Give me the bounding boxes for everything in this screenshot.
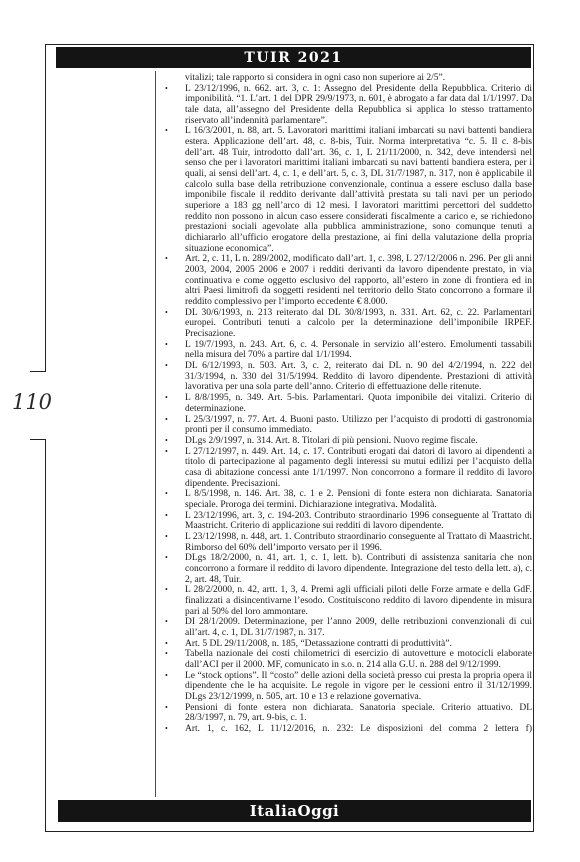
header-bar: TUIR 2021	[56, 47, 531, 68]
bullet-icon: •	[165, 489, 168, 500]
bullet-icon: •	[165, 84, 168, 95]
list-item: • DI 28/1/2009. Determinazione, per l’an…	[164, 617, 532, 638]
bullet-icon: •	[165, 511, 168, 522]
bullet-icon: •	[165, 361, 168, 372]
bullet-icon: •	[165, 254, 168, 265]
list-item-text: L 23/12/1996, n. 662. art. 3, c. 1: Asse…	[185, 84, 532, 126]
body-text: vitalizi; tale rapporto si considera in …	[164, 73, 532, 798]
list-item-text: L 8/5/1998, n. 146. Art. 38, c. 1 e 2. P…	[185, 489, 532, 510]
bullet-icon: •	[165, 649, 168, 660]
publisher-logo: ItaliaOggi	[250, 804, 340, 819]
list-item-text: L 23/12/1996, art. 3, c. 194-203. Contri…	[185, 511, 532, 532]
list-item: • Pensioni di fonte estera non dichiarat…	[164, 703, 532, 724]
list-item: • L 19/7/1993, n. 243. Art. 6, c. 4. Per…	[164, 340, 532, 361]
bullet-icon: •	[165, 447, 168, 458]
list-item-text: L 8/8/1995, n. 349. Art. 5-bis. Parlamen…	[185, 393, 532, 414]
list-item: • Art. 1, c. 162, L 11/12/2016, n. 232: …	[164, 724, 532, 735]
bullet-icon: •	[165, 340, 168, 351]
list-item-text: Art. 1, c. 162, L 11/12/2016, n. 232: Le…	[185, 724, 532, 734]
list-item: • L 23/12/1996, art. 3, c. 194-203. Cont…	[164, 511, 532, 532]
bullet-icon: •	[165, 553, 168, 564]
list-item-text: Tabella nazionale dei costi chilometrici…	[185, 649, 532, 670]
list-item-text: Pensioni di fonte estera non dichiarata.…	[185, 703, 532, 724]
list-item: • L 25/3/1997, n. 77. Art. 4. Buoni past…	[164, 415, 532, 436]
intro-paragraph: vitalizi; tale rapporto si considera in …	[164, 73, 532, 84]
list-item-text: L 23/12/1998, n. 448, art. 1. Contributo…	[185, 532, 532, 553]
list-item-text: L 27/12/1997, n. 449. Art. 14, c. 17. Co…	[185, 447, 532, 489]
list-item: • Art. 2, c. 11, L n. 289/2002, modifica…	[164, 254, 532, 307]
bullet-icon: •	[165, 393, 168, 404]
list-item: • L 23/12/1996, n. 662. art. 3, c. 1: As…	[164, 84, 532, 127]
bullet-icon: •	[165, 671, 168, 682]
bullet-icon: •	[165, 436, 168, 447]
list-item: • L 8/8/1995, n. 349. Art. 5-bis. Parlam…	[164, 393, 532, 414]
list-item: • Tabella nazionale dei costi chilometri…	[164, 649, 532, 670]
bullet-icon: •	[165, 415, 168, 426]
bullet-icon: •	[165, 639, 168, 650]
list-item: • DL 6/12/1993, n. 503. Art. 3, c. 2, re…	[164, 361, 532, 393]
list-item-text: L 16/3/2001, n. 88, art. 5. Lavoratori m…	[185, 126, 532, 253]
footer-bar: ItaliaOggi	[58, 800, 531, 822]
list-item-text: DLgs 2/9/1997, n. 314. Art. 8. Titolari …	[185, 436, 478, 446]
list-item-text: L 25/3/1997, n. 77. Art. 4. Buoni pasto.…	[185, 415, 532, 436]
list-item-text: DL 6/12/1993, n. 503. Art. 3, c. 2, reit…	[185, 361, 532, 392]
bullet-icon: •	[165, 308, 168, 319]
bullet-icon: •	[165, 126, 168, 137]
list-item: • L 8/5/1998, n. 146. Art. 38, c. 1 e 2.…	[164, 489, 532, 510]
bullet-icon: •	[165, 617, 168, 628]
list-item: • DLgs 18/2/2000, n. 41, art. 1, c. 1, l…	[164, 553, 532, 585]
bullet-icon: •	[165, 532, 168, 543]
page-number: 110	[6, 390, 58, 414]
list-item: • L 27/12/1997, n. 449. Art. 14, c. 17. …	[164, 447, 532, 490]
page-title: TUIR 2021	[244, 50, 342, 65]
list-item: • DL 30/6/1993, n. 213 reiterato dal DL …	[164, 308, 532, 340]
list-item-text: L 19/7/1993, n. 243. Art. 6, c. 4. Perso…	[185, 340, 532, 361]
book-page: TUIR 2021 110 vitalizi; tale rapporto si…	[0, 0, 580, 862]
list-item-text: Le “stock options”. Il “costo” delle azi…	[185, 671, 532, 702]
list-item-text: DI 28/1/2009. Determinazione, per l’anno…	[185, 617, 532, 638]
page-frame-left-lower-mark	[30, 439, 46, 831]
list-item: • Art. 5 DL 29/11/2008, n. 185, “Detassa…	[164, 639, 532, 650]
list-item: • L 28/2/2000, n. 42, artt. 1, 3, 4. Pre…	[164, 585, 532, 617]
list-item-text: Art. 2, c. 11, L n. 289/2002, modificato…	[185, 254, 532, 307]
reference-list: • L 23/12/1996, n. 662. art. 3, c. 1: As…	[164, 84, 532, 735]
bullet-icon: •	[165, 585, 168, 596]
page-frame-left-upper-mark	[30, 44, 46, 372]
list-item-text: DL 30/6/1993, n. 213 reiterato dal DL 30…	[185, 308, 532, 339]
list-item: • Le “stock options”. Il “costo” delle a…	[164, 671, 532, 703]
margin-rule	[155, 71, 156, 797]
list-item-text: L 28/2/2000, n. 42, artt. 1, 3, 4. Premi…	[185, 585, 532, 616]
list-item: • L 16/3/2001, n. 88, art. 5. Lavoratori…	[164, 126, 532, 254]
list-item-text: DLgs 18/2/2000, n. 41, art. 1, c. 1, let…	[185, 553, 532, 584]
list-item: • L 23/12/1998, n. 448, art. 1. Contribu…	[164, 532, 532, 553]
list-item-text: Art. 5 DL 29/11/2008, n. 185, “Detassazi…	[185, 639, 452, 649]
list-item: • DLgs 2/9/1997, n. 314. Art. 8. Titolar…	[164, 436, 532, 447]
bullet-icon: •	[165, 703, 168, 714]
bullet-icon: •	[165, 724, 168, 735]
